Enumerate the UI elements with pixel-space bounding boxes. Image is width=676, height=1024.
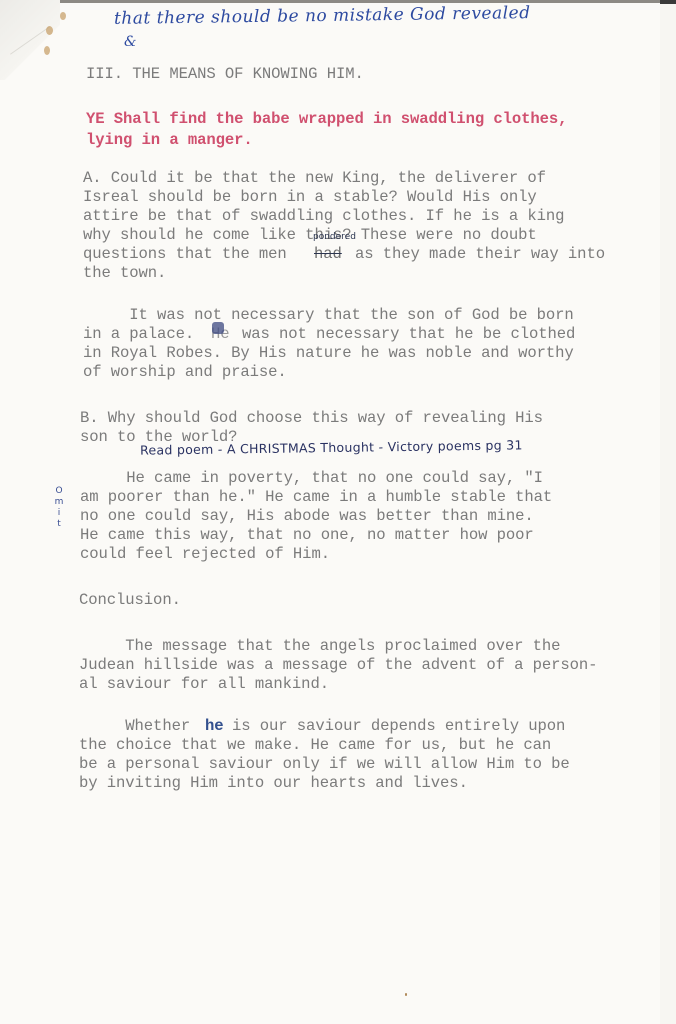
para-a-line: Isreal should be born in a stable? Would… [83, 188, 537, 208]
para-poverty-line: could feel rejected of Him. [80, 545, 330, 565]
handwritten-correction: pondered [313, 232, 356, 242]
para-a-line: questions that the men [83, 245, 287, 265]
struck-word: had [314, 245, 342, 265]
para-palace-line: in a palace. [83, 325, 194, 345]
page-edge [660, 0, 676, 1024]
para-poverty-line: no one could say, His abode was better t… [80, 507, 534, 527]
para-palace-line: was not necessary that he be clothed [242, 325, 575, 345]
ink-scribble [212, 322, 224, 334]
para-poverty-line: He came this way, that no one, no matter… [80, 526, 534, 546]
scripture-line-2: lying in a manger. [86, 131, 253, 151]
para-whether-line: Whether [79, 717, 190, 737]
corrected-word: he [205, 717, 224, 737]
para-a-line: the town. [83, 264, 166, 284]
para-whether-line: is our saviour depends entirely upon [232, 717, 565, 737]
para-a-line: as they made their way into [355, 245, 605, 265]
paper-speck [405, 993, 407, 996]
rust-stain [60, 12, 66, 20]
para-a-line: A. Could it be that the new King, the de… [83, 169, 546, 189]
scripture-line-1: YE Shall find the babe wrapped in swaddl… [86, 110, 567, 130]
para-whether-line: the choice that we make. He came for us,… [79, 736, 551, 756]
para-poverty-line: am poorer than he." He came in a humble … [80, 488, 552, 508]
para-palace-line: It was not necessary that the son of God… [83, 306, 574, 326]
para-poverty-line: He came in poverty, that no one could sa… [80, 469, 543, 489]
para-palace-line: of worship and praise. [83, 363, 287, 383]
scan-border [660, 0, 676, 4]
rust-stain [44, 46, 50, 55]
para-b-line: B. Why should God choose this way of rev… [80, 409, 543, 429]
para-palace-line: in Royal Robes. By His nature he was nob… [83, 344, 574, 364]
para-whether-line: by inviting Him into our hearts and live… [79, 774, 468, 794]
para-a-line: attire be that of swaddling clothes. If … [83, 207, 564, 227]
rust-stain [46, 26, 53, 35]
para-whether-line: be a personal saviour only if we will al… [79, 755, 570, 775]
conclusion-heading: Conclusion. [79, 591, 181, 611]
para-message-line: Judean hillside was a message of the adv… [79, 656, 597, 676]
page-top-edge [0, 0, 660, 3]
section-heading: III. THE MEANS OF KNOWING HIM. [86, 65, 364, 85]
para-a-line: why should he come like this? These were… [83, 226, 537, 246]
insert-mark: & [124, 34, 136, 50]
para-message-line: The message that the angels proclaimed o… [79, 637, 560, 657]
para-message-line: al saviour for all mankind. [79, 675, 329, 695]
margin-note-omit: O m i t [53, 486, 65, 530]
